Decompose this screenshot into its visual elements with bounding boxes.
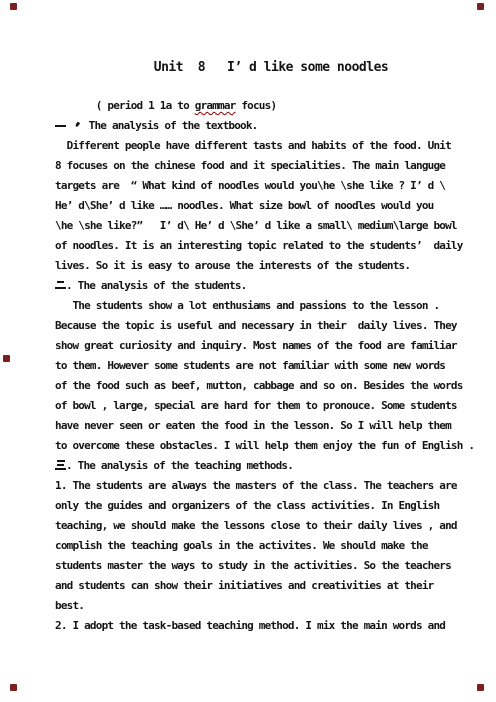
text-line: lives. So it is easy to arouse the inter… — [55, 256, 480, 276]
text-line: to overcome these obstacles. I will help… — [55, 436, 480, 456]
page-edge-mark-left-middle — [3, 355, 10, 362]
cjk-numeral-one — [55, 119, 66, 130]
document-title: Unit 8 I’ d like some noodles — [0, 58, 496, 78]
page-corner-mark-bottom-right — [477, 684, 484, 691]
text-line: only the guides and organizers of the cl… — [55, 496, 480, 516]
text-line: of noodles. It is an interesting topic r… — [55, 236, 480, 256]
spellcheck-squiggle-word: grammar — [195, 99, 236, 112]
text-line: and students can show their initiatives … — [55, 576, 480, 596]
text-line: have never seen or eaten the food in the… — [55, 416, 480, 436]
text-line: The students show a lot enthusiams and p… — [55, 296, 480, 316]
text-line: . The analysis of the teaching methods. — [55, 456, 480, 476]
document-lines: ( period 1 1a to grammar focus) The anal… — [0, 96, 496, 636]
text-line: . The analysis of the students. — [55, 276, 480, 296]
text-line: Different people have different tasts an… — [55, 136, 480, 156]
document-page: Unit 8 I’ d like some noodles ( period 1… — [0, 0, 496, 702]
text-line: to them. However some students are not f… — [55, 356, 480, 376]
text-line: \he \she like?” I’ d\ He’ d \She’ d like… — [55, 216, 480, 236]
text-line: Because the topic is useful and necessar… — [55, 316, 480, 336]
page-corner-mark-bottom-left — [10, 684, 17, 691]
cjk-numeral-three — [55, 459, 66, 470]
text-line: complish the teaching goals in the activ… — [55, 536, 480, 556]
text-line: best. — [55, 596, 480, 616]
text-line: ( period 1 1a to grammar focus) — [55, 96, 480, 116]
text-line: teaching, we should make the lessons clo… — [55, 516, 480, 536]
text-line: He’ d\She’ d like …… noodles. What size … — [55, 196, 480, 216]
text-line: show great curiosity and inquiry. Most n… — [55, 336, 480, 356]
cjk-enumeration-comma — [72, 119, 83, 130]
text-line: 8 focuses on the chinese food and it spe… — [55, 156, 480, 176]
text-line: students master the ways to study in the… — [55, 556, 480, 576]
text-line: The analysis of the textbook. — [55, 116, 480, 136]
cjk-numeral-two — [55, 279, 66, 290]
page-corner-mark-top-right — [477, 3, 484, 10]
text-line: of the food such as beef, mutton, cabbag… — [55, 376, 480, 396]
page-corner-mark-top-left — [10, 3, 17, 10]
text-line: 2. I adopt the task-based teaching metho… — [55, 616, 480, 636]
text-line: targets are “ What kind of noodles would… — [55, 176, 480, 196]
text-line: of bowl , large, special are hard for th… — [55, 396, 480, 416]
text-line: 1. The students are always the masters o… — [55, 476, 480, 496]
